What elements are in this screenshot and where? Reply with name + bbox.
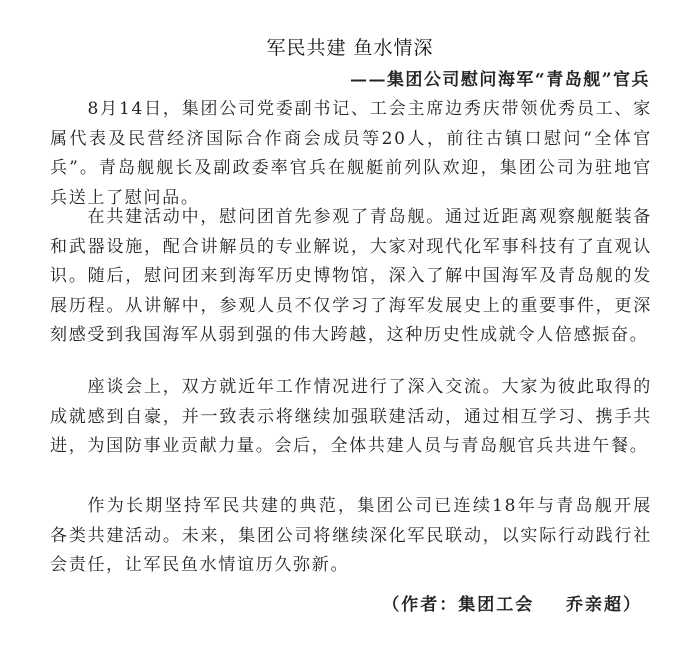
article-subtitle: ——集团公司慰问海军“青岛舰”官兵 <box>350 65 650 90</box>
author-signature: （作者：集团工会 乔亲超） <box>382 590 642 615</box>
paragraph-2: 在共建活动中，慰问团首先参观了青岛舰。通过近距离观察舰艇装备和武器设施，配合讲解… <box>50 203 652 351</box>
article-title: 军民共建 鱼水情深 <box>0 33 700 60</box>
paragraph-1: 8月14日，集团公司党委副书记、工会主席边秀庆带领优秀员工、家属代表及民营经济国… <box>50 95 652 213</box>
paragraph-3: 座谈会上，双方就近年工作情况进行了深入交流。大家为彼此取得的成就感到自豪，并一致… <box>50 373 652 462</box>
paragraph-4: 作为长期坚持军民共建的典范，集团公司已连续18年与青岛舰开展各类共建活动。未来，… <box>50 492 652 581</box>
